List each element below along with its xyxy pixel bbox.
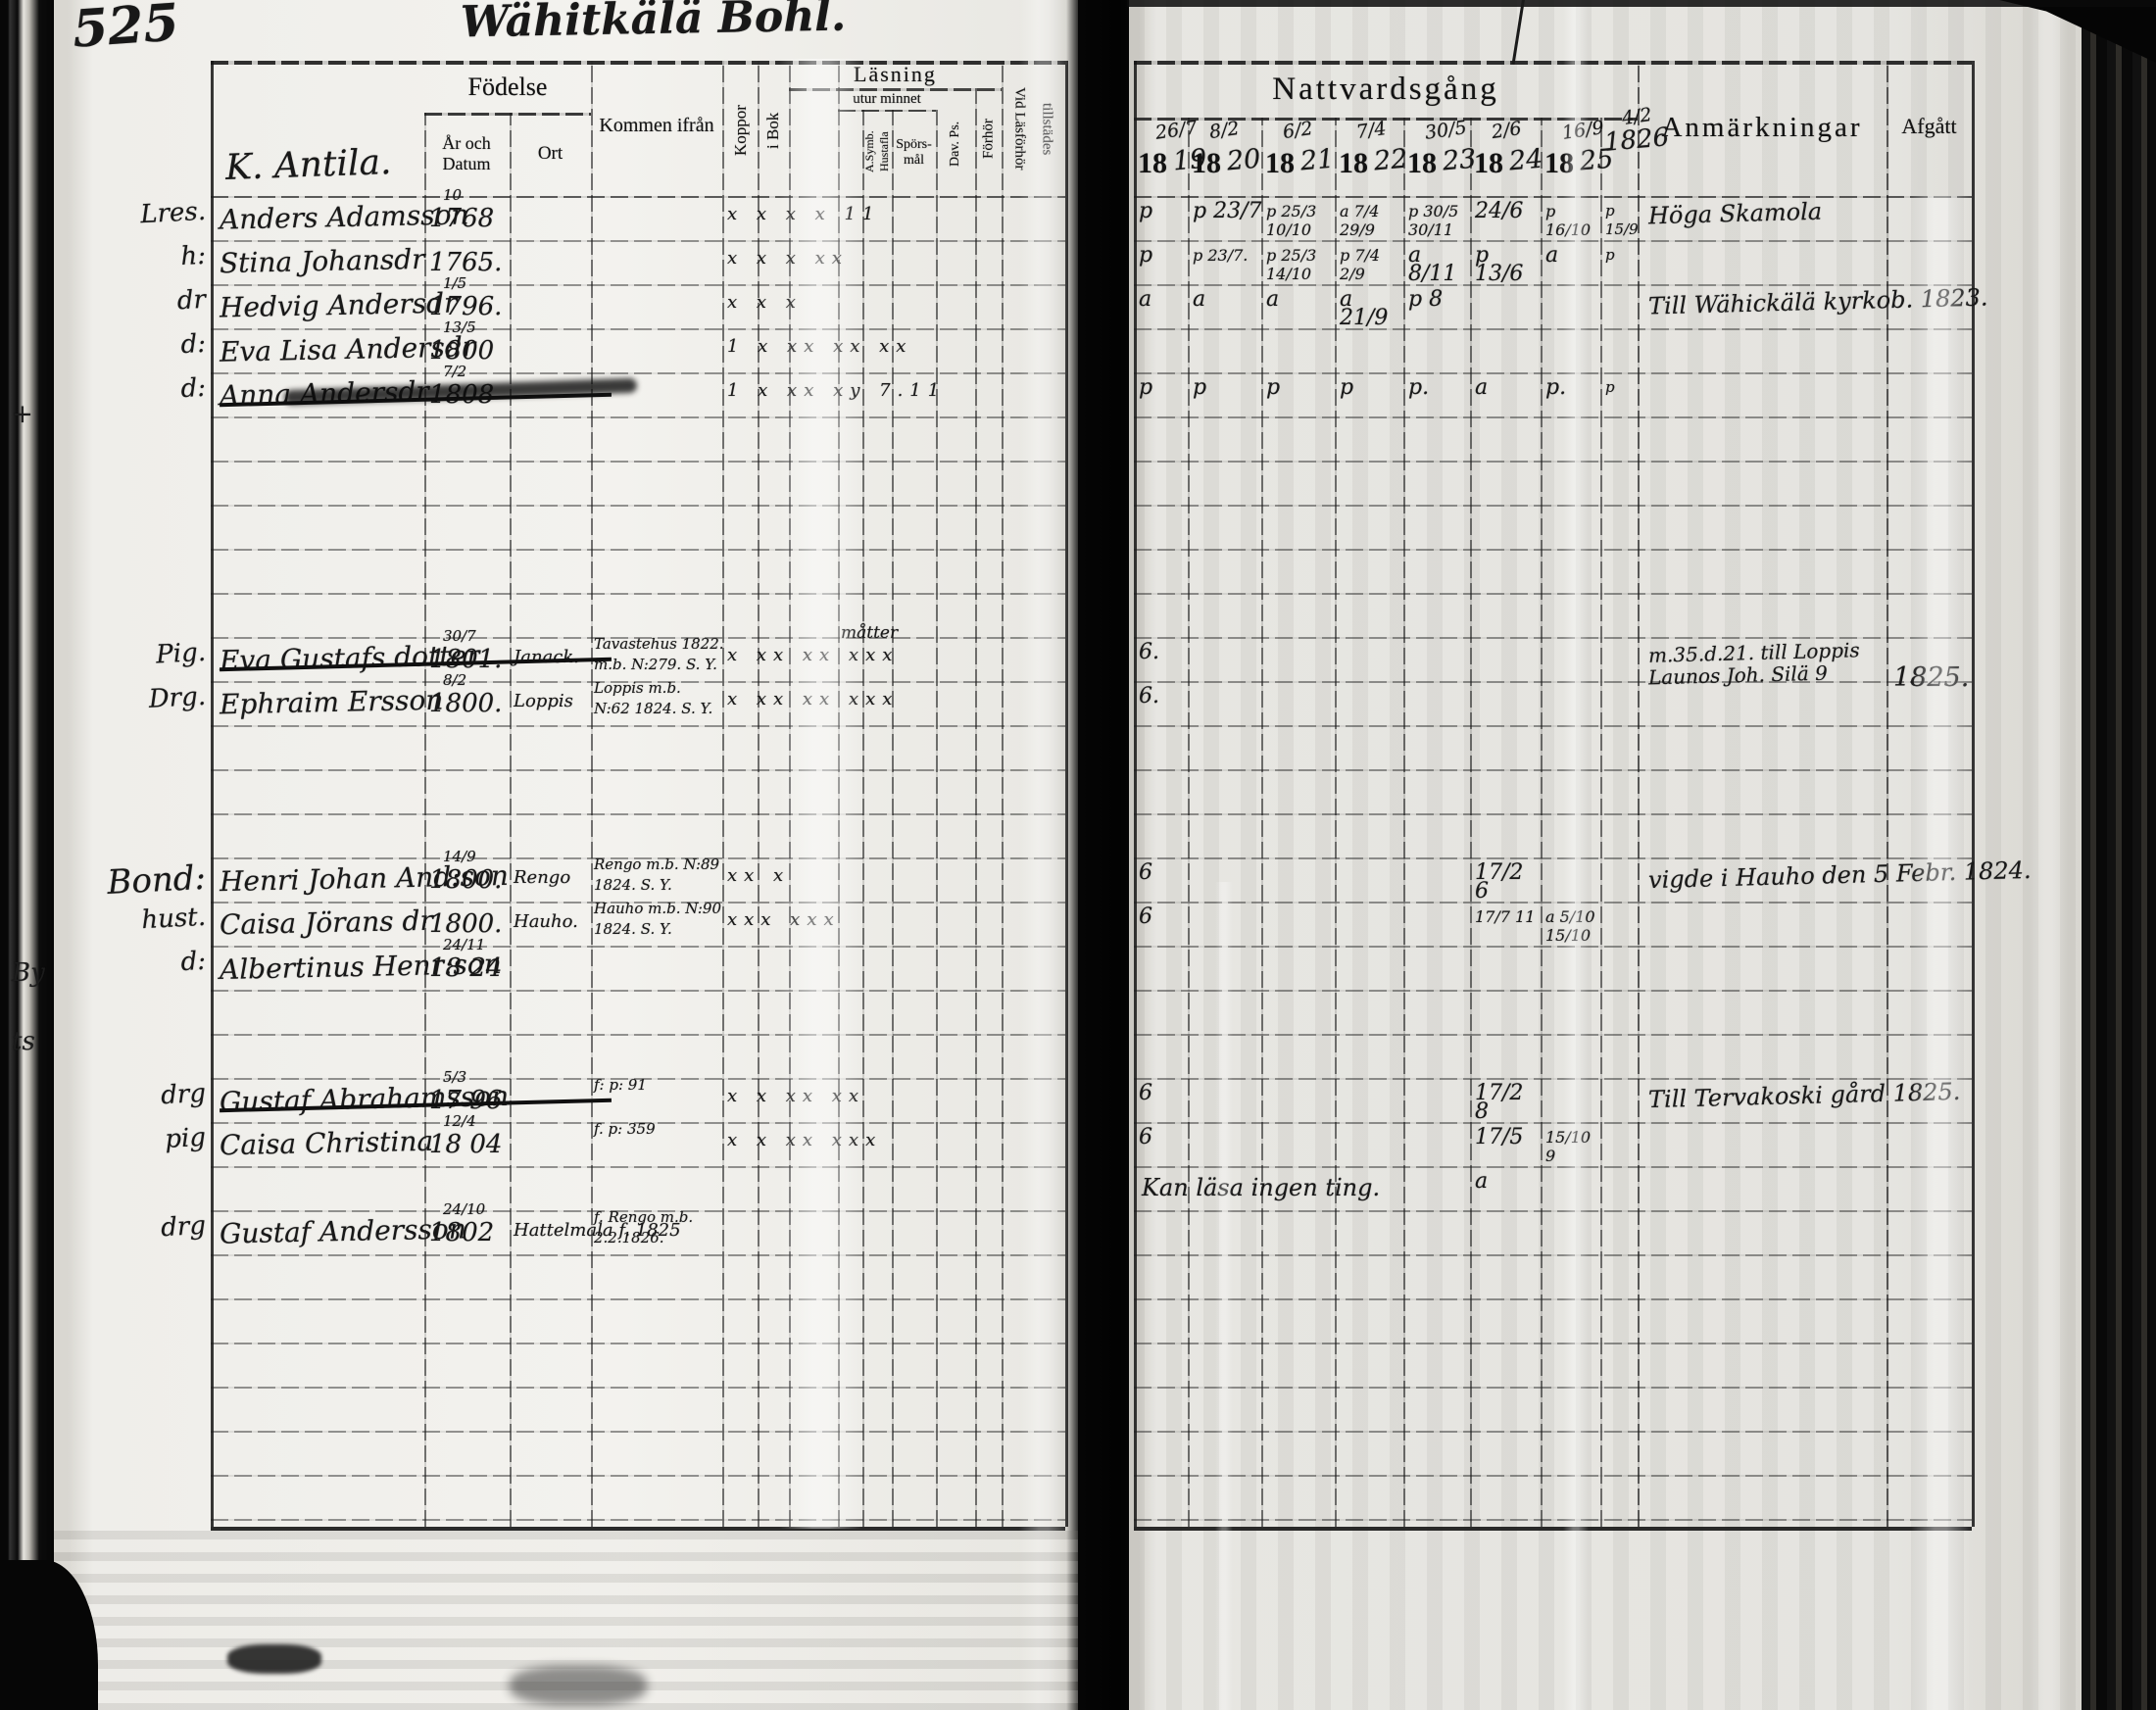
rule-line [1134,593,1972,595]
scratch-streak [1019,0,1068,1710]
year-label-printed: 18 [1138,147,1167,180]
rule-line [1134,1298,1972,1300]
rule-line [211,372,1065,374]
communion-mark: 6. [1139,687,1159,706]
scanned-church-book-spread: 525 Wähitkälä Bohl. K. Antila. Födelse Å… [0,0,2156,1710]
rule-line [1134,1519,1972,1521]
rule-line [211,416,1065,418]
entry-birth-day: 24/10 [443,1200,485,1218]
year-label-printed: 18 [1474,147,1503,180]
year-label-script: 24 [1508,144,1544,177]
communion-mark: 17/2 6 [1475,863,1542,901]
entry-margin-label: Bond: [85,858,207,904]
year-label-date-over: 4/2 [1621,104,1653,129]
year-label-printed: 18 [1339,147,1368,180]
scratch-streak [1911,196,1970,1710]
communion-mark: 17/2 8 [1475,1084,1542,1121]
rule-line [1134,1122,1972,1124]
entry-arrived-from: 1824. S. Y. [594,920,672,938]
rule-line [211,461,1065,463]
year-label-date-over: 26/7 [1154,117,1199,144]
communion-mark: p [1266,378,1280,397]
entry-birth-year: 1800. [429,909,502,939]
rule-line [1134,1034,1972,1036]
rule-line [1134,61,1137,1527]
year-label-script: 22 [1373,144,1409,177]
ink-blot [510,1666,647,1705]
rule-line [1134,681,1972,683]
rule-line [1134,505,1972,507]
dynamic-layer: 181926/718208/218216/218227/4182330/5182… [0,0,2156,1710]
entry-margin-label: Pig. [85,638,206,673]
communion-mark: p 13/6 [1475,246,1542,283]
rule-line [211,61,214,1527]
rule-line [1134,1387,1972,1389]
entry-margin-label: d: [85,947,206,982]
communion-mark: a [1139,290,1151,309]
entry-birth-year: 18 04 [429,1130,502,1159]
year-label-date-over: 8/2 [1208,118,1241,143]
entry-margin-label: d: [85,373,206,409]
rule-line [424,113,426,1527]
entry-birth-year: 1768 [429,204,494,233]
scratch-streak [2029,0,2068,1710]
rule-line [211,1343,1065,1344]
year-label-printed: 18 [1407,147,1437,180]
communion-mark: 24/6 [1475,202,1523,220]
entry-margin-label: h: [85,241,206,276]
rule-line [1134,813,1972,815]
rule-line [1134,1254,1972,1256]
entry-birth-place: Hauho. [514,911,578,932]
entry-arrived-from: f. p: 359 [594,1120,656,1138]
rule-line [1134,549,1972,551]
rule-line [211,946,1065,948]
entry-margin-label: dr [85,285,206,320]
entry-birth-day: 30/7 [443,627,476,645]
edge-margin-mark: ts [12,1027,35,1056]
entry-arrived-from: Loppis m.b. [594,679,681,697]
rule-line [424,113,591,116]
communion-mark: 17/5 [1475,1128,1523,1147]
rule-line [211,549,1065,551]
entry-arrived-from: f. Rengo m.b. [594,1208,693,1226]
entry-birth-day: 13/5 [443,318,476,336]
entry-birth-day: 7/2 [443,363,466,380]
entry-birth-year: 18 24 [429,953,502,983]
communion-mark: a [1475,378,1488,397]
rule-line [211,1166,1065,1168]
rule-line [211,240,1065,242]
rule-line [1134,1210,1972,1212]
entry-arrived-from: 1824. S. Y. [594,876,672,894]
communion-mark: a 7/4 29/9 [1340,202,1404,239]
rule-line [510,113,512,1527]
communion-mark: 6 [1139,1084,1152,1102]
entry-name: Stina Johansdr [220,243,425,279]
rule-line [1134,1078,1972,1080]
rule-line [211,284,1065,286]
rule-line [591,61,593,1527]
rule-line [1134,1475,1972,1477]
rule-line [1134,769,1972,771]
rule-line [1134,461,1972,463]
rule-line [211,328,1065,330]
entry-margin-label: Lres. [85,197,206,232]
communion-mark: a [1266,290,1279,309]
rule-line [892,110,894,1527]
communion-mark: p 7/4 2/9 [1340,246,1404,283]
communion-mark: 6 [1139,907,1152,926]
rule-line [862,110,864,1527]
communion-mark: p 30/5 30/11 [1408,202,1471,239]
rule-line [1134,372,1972,374]
rule-line [211,1475,1065,1477]
rule-line [211,1034,1065,1036]
rule-line [975,88,977,1527]
entry-remark: Höga Skamola [1648,198,1823,230]
rule-line [1002,61,1004,1527]
rule-line [1134,118,1638,121]
communion-mark: p 23/7 [1193,202,1261,220]
rule-line [1134,240,1972,242]
ink-blot [227,1644,321,1674]
communion-mark: p [1139,202,1152,220]
rule-line [211,505,1065,507]
year-label-date-over: 7/4 [1355,118,1388,143]
entry-birth-day: 14/9 [443,848,476,865]
entry-birth-day: 1/5 [443,274,466,292]
communion-mark: 6 [1139,1128,1152,1147]
rule-line [1134,284,1972,286]
top-edge-shadow [1127,0,2156,7]
year-label-date-over: 6/2 [1282,118,1314,143]
year-label-script: 21 [1299,144,1336,177]
rule-line [1134,196,1972,198]
entry-birth-year: 1765. [429,248,502,277]
rule-line [1134,328,1972,330]
year-label-script: 20 [1226,144,1262,177]
communion-mark: p [1193,378,1206,397]
entry-margin-label: drg [85,1211,206,1246]
edge-margin-mark: By [12,958,45,988]
scratch-streak [1215,882,1233,1710]
year-label-printed: 18 [1192,147,1221,180]
rule-line [1134,416,1972,418]
entry-margin-label: drg [85,1079,206,1114]
entry-birth-year: 1800. [429,865,502,895]
year-label-script: 1826 [1603,122,1671,158]
communion-mark: 6. [1139,643,1159,661]
rule-line [211,1254,1065,1256]
entry-birth-day: 8/2 [443,671,466,689]
entry-birth-year: 1800. [429,689,502,718]
scratch-streak [1563,0,1589,1710]
communion-mark: p [1139,246,1152,265]
rule-line [1134,725,1972,727]
entry-note: Kan läsa ingen ting. [1142,1174,1380,1201]
communion-mark: p 23/7. [1193,246,1248,265]
rule-line [211,1431,1065,1433]
rule-line [1134,857,1972,859]
entry-margin-label: hust. [85,903,206,938]
communion-mark: 6 [1139,863,1152,882]
rule-line [1134,1431,1972,1433]
scratch-streak [779,59,862,1529]
rule-line [211,593,1065,595]
communion-mark: 17/7 11 [1475,907,1535,926]
rule-line [1134,946,1972,948]
communion-mark: p. [1408,378,1429,397]
rule-line [211,990,1065,992]
entry-birth-year: 1800 [429,336,494,366]
communion-mark: p [1139,378,1152,397]
entry-arrived-from: m.b. N:279. S. Y. [594,656,717,673]
communion-mark: a 8/11 [1408,246,1471,283]
rule-line [1134,1166,1972,1168]
entry-margin-label: Drg. [85,682,206,717]
year-label-date-over: 30/5 [1424,117,1468,144]
rule-line [211,725,1065,727]
entry-name: Caisa Christina [220,1125,434,1162]
entry-margin-label: pig [85,1123,206,1158]
year-label-printed: 18 [1265,147,1295,180]
rule-line [1134,61,1972,65]
entry-arrived-from: f: p: 91 [594,1076,647,1094]
communion-mark: p [1605,246,1615,265]
entry-remark: Launos Joh. Silä 9 [1648,661,1828,690]
rule-line [211,1519,1065,1521]
communion-mark: p 15/9 [1605,202,1639,239]
communion-mark: p 8 [1408,290,1443,309]
entry-arrived-from: Hauho m.b. N:90 [594,900,721,917]
entry-name: Hedvig Andersdr [220,286,458,323]
communion-mark: p 25/3 10/10 [1266,202,1336,239]
rule-line [211,1298,1065,1300]
entry-birth-year: 1802 [429,1218,494,1247]
communion-mark: a [1193,290,1205,309]
communion-mark: p [1605,378,1615,397]
rule-line [936,110,938,1527]
entry-name: Ephraim Ersson [220,684,444,721]
rule-line [1638,61,1640,1527]
communion-mark: p 25/3 14/10 [1266,246,1336,283]
entry-arrived-from: 2.2.1826. [594,1229,664,1246]
entry-margin-label: d: [85,329,206,365]
communion-mark: p [1340,378,1353,397]
year-label-script: 23 [1442,144,1478,177]
rule-line [211,1387,1065,1389]
entry-name: Caisa Jörans dr [220,904,433,942]
entry-birth-day: 24/11 [443,936,485,953]
rule-line [1886,61,1888,1527]
rule-line [722,61,724,1527]
rule-line [1134,1343,1972,1344]
communion-mark: a [1475,1172,1488,1191]
rule-line [211,813,1065,815]
rule-line [1134,902,1972,904]
entry-arrived-from: N:62 1824. S. Y. [594,700,712,717]
edge-margin-mark: + [12,400,33,429]
communion-mark: a 21/9 [1340,290,1404,327]
communion-mark: a [1545,246,1558,265]
entry-birth-place: Loppis [514,691,573,711]
rule-line [211,769,1065,771]
entry-birth-day: 10 [443,186,462,204]
rule-line [758,61,759,1527]
rule-line [1134,990,1972,992]
entry-arrived-from: Tavastehus 1822. [594,635,724,653]
rule-line [1134,1527,1972,1531]
entry-birth-place: Rengo [514,867,570,888]
rule-line [211,61,1065,65]
year-label-date-over: 2/6 [1491,118,1523,143]
entry-birth-day: 12/4 [443,1112,476,1130]
entry-arrived-from: Rengo m.b. N:89 [594,855,719,873]
rule-line [1972,61,1975,1527]
entry-birth-year: 1796. [429,292,502,321]
entry-birth-place: Janack. [514,647,579,667]
entry-birth-day: 5/3 [443,1068,466,1086]
